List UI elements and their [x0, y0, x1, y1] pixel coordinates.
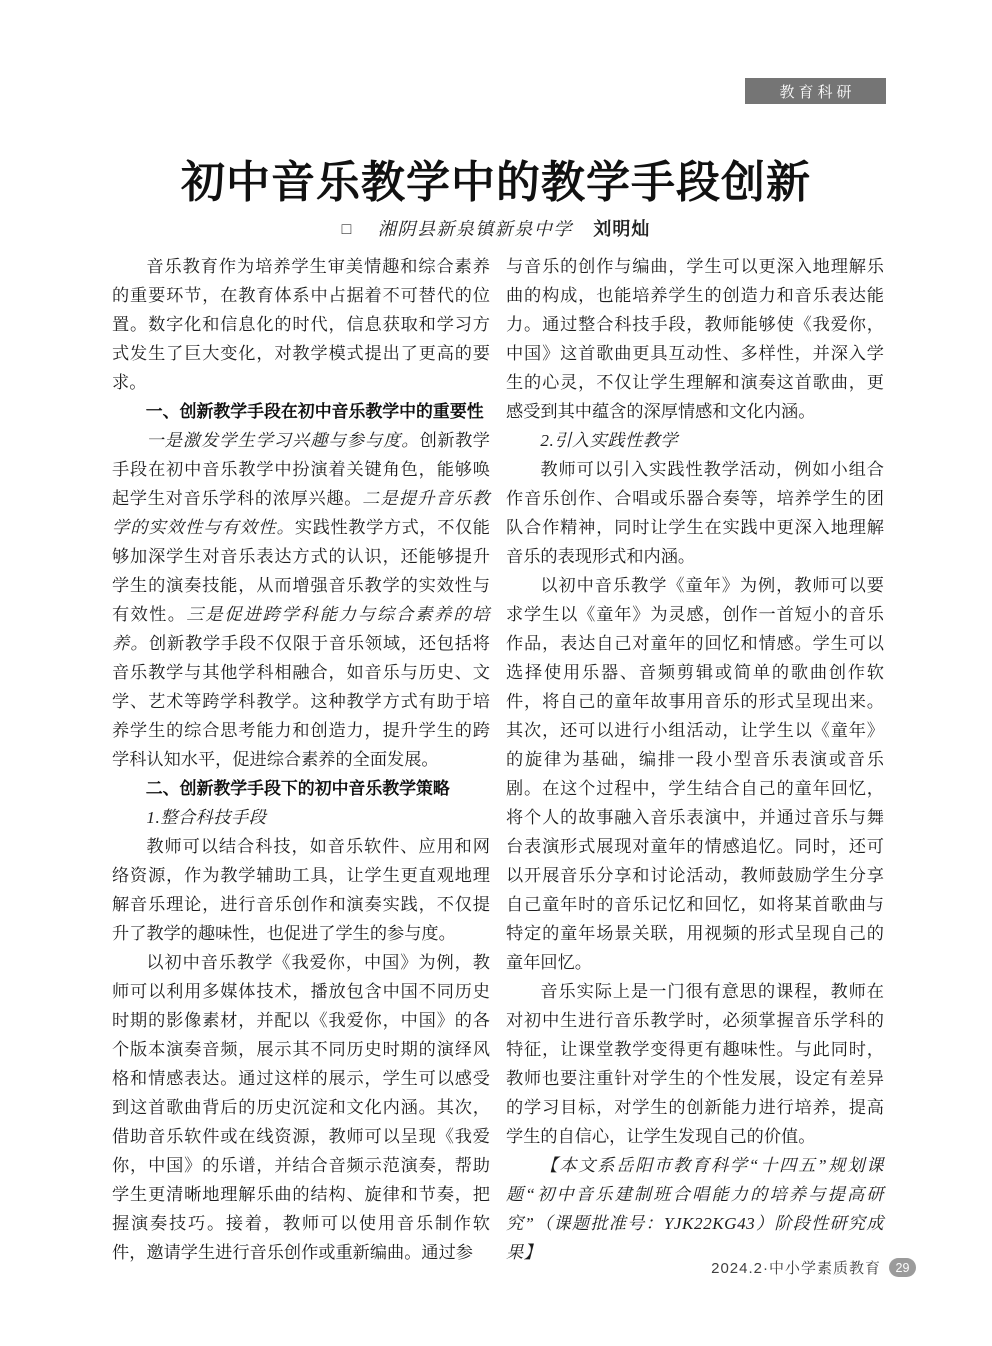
journal-issue-label: 2024.2·中小学素质教育 — [711, 1257, 881, 1278]
byline-affiliation: 湘阴县新泉镇新泉中学 — [378, 219, 573, 239]
text-run: 以初中音乐教学《我爱你，中国》为例，教师可以利用多媒体技术，播放包含中国不同历史… — [112, 953, 490, 1262]
article-title: 初中音乐教学中的教学手段创新 — [0, 146, 992, 210]
text-run: 二、创新教学手段下的初中音乐教学策略 — [146, 779, 450, 798]
paragraph: 音乐实际上是一门很有意思的课程，教师在对初中生进行音乐教学时，必须掌握音乐学科的… — [506, 977, 884, 1151]
paragraph: 音乐教育作为培养学生审美情趣和综合素养的重要环节，在教育体系中占据着不可替代的位… — [112, 252, 490, 397]
paragraph: 与音乐的创作与编曲，学生可以更深入地理解乐曲的构成，也能培养学生的创造力和音乐表… — [506, 252, 884, 426]
byline: □ 湘阴县新泉镇新泉中学 刘明灿 — [0, 215, 992, 241]
text-run: 音乐教育作为培养学生审美情趣和综合素养的重要环节，在教育体系中占据着不可替代的位… — [112, 257, 490, 392]
paragraph: 【本文系岳阳市教育科学“十四五”规划课题“初中音乐建制班合唱能力的培养与提高研究… — [506, 1151, 884, 1267]
heading: 1.整合科技手段 — [112, 803, 490, 832]
paragraph: 以初中音乐教学《我爱你，中国》为例，教师可以利用多媒体技术，播放包含中国不同历史… — [112, 948, 490, 1267]
column-right: 与音乐的创作与编曲，学生可以更深入地理解乐曲的构成，也能培养学生的创造力和音乐表… — [506, 252, 884, 1267]
page-number-badge: 29 — [889, 1258, 916, 1277]
heading: 2.引入实践性教学 — [506, 426, 884, 455]
page-footer: 2024.2·中小学素质教育 29 — [711, 1257, 916, 1278]
byline-author: 刘明灿 — [593, 219, 650, 239]
text-run: 1.整合科技手段 — [146, 808, 266, 827]
heading: 二、创新教学手段下的初中音乐教学策略 — [112, 774, 490, 803]
article-body: 音乐教育作为培养学生审美情趣和综合素养的重要环节，在教育体系中占据着不可替代的位… — [112, 252, 884, 1267]
text-run: 【本文系岳阳市教育科学“十四五”规划课题“初中音乐建制班合唱能力的培养与提高研究… — [506, 1156, 884, 1262]
paragraph: 以初中音乐教学《童年》为例，教师可以要求学生以《童年》为灵感，创作一首短小的音乐… — [506, 571, 884, 977]
text-run: 教师可以引入实践性教学活动，例如小组合作音乐创作、合唱或乐器合奏等，培养学生的团… — [506, 460, 884, 566]
text-run: 音乐实际上是一门很有意思的课程，教师在对初中生进行音乐教学时，必须掌握音乐学科的… — [506, 982, 884, 1146]
text-run: 一、创新教学手段在初中音乐教学中的重要性 — [146, 402, 484, 421]
text-run: 教师可以结合科技，如音乐软件、应用和网络资源，作为教学辅助工具，让学生更直观地理… — [112, 837, 490, 943]
text-run: 以初中音乐教学《童年》为例，教师可以要求学生以《童年》为灵感，创作一首短小的音乐… — [506, 576, 884, 972]
byline-square-icon: □ — [342, 221, 352, 238]
text-run: 创新教学手段不仅限于音乐领域，还包括将音乐教学与其他学科相融合，如音乐与历史、文… — [112, 634, 490, 769]
column-left: 音乐教育作为培养学生审美情趣和综合素养的重要环节，在教育体系中占据着不可替代的位… — [112, 252, 490, 1267]
heading: 一、创新教学手段在初中音乐教学中的重要性 — [112, 397, 490, 426]
paragraph: 教师可以结合科技，如音乐软件、应用和网络资源，作为教学辅助工具，让学生更直观地理… — [112, 832, 490, 948]
text-run: 一是激发学生学习兴趣与参与度。 — [146, 431, 419, 450]
text-run: 2.引入实践性教学 — [540, 431, 678, 450]
section-badge: 教育科研 — [745, 78, 886, 104]
text-run: 与音乐的创作与编曲，学生可以更深入地理解乐曲的构成，也能培养学生的创造力和音乐表… — [506, 257, 884, 421]
paragraph: 教师可以引入实践性教学活动，例如小组合作音乐创作、合唱或乐器合奏等，培养学生的团… — [506, 455, 884, 571]
journal-page: 教育科研 初中音乐教学中的教学手段创新 □ 湘阴县新泉镇新泉中学 刘明灿 音乐教… — [0, 0, 992, 1346]
paragraph: 一是激发学生学习兴趣与参与度。创新教学手段在初中音乐教学中扮演着关键角色，能够唤… — [112, 426, 490, 774]
